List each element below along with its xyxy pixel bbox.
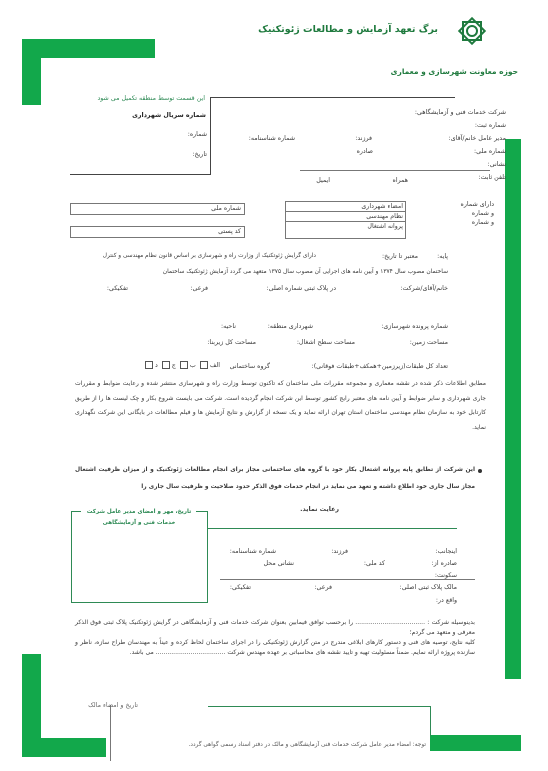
form-title: برگ تعهد آزمایش و مطالعات ژئوتکنیک	[258, 24, 438, 35]
stamp-box-top-right	[196, 511, 207, 512]
frame-bar-right	[505, 139, 521, 679]
grade-label: پایه:	[437, 252, 448, 261]
owner-id-label: شماره شناسنامه:	[230, 547, 276, 556]
group-b-label: ب	[190, 362, 196, 369]
stamp-box-title: تاریخ، مهر و امضای مدیر عامل شرکت خدمات …	[84, 507, 194, 529]
municipality-box-bottom	[70, 174, 211, 175]
municipality-box-top	[210, 97, 455, 98]
footer-left-rule	[110, 705, 111, 761]
manager-label: مدیر عامل خانم/آقای:	[449, 134, 506, 143]
frame-bar-bottom-right	[430, 735, 521, 751]
municipality-sign-cell[interactable]: امضاء شهرداری	[286, 202, 405, 212]
national-id-field[interactable]: شماره ملی	[70, 203, 245, 215]
manager-id-label: شماره شناسنامه:	[249, 134, 295, 143]
numbers-label-2: و شماره	[472, 209, 494, 218]
owner-national-code-label: کد ملی:	[364, 559, 385, 568]
owner-plot-separate-label: تفکیکی:	[230, 583, 251, 592]
municipality-box-border	[210, 97, 211, 174]
numbers-label-3: و شماره	[472, 218, 494, 227]
numbers-label-1: دارای شماره	[461, 200, 494, 209]
frame-bar-bottom-left-h	[22, 738, 106, 757]
building-group-label: گروه ساختمانی	[230, 362, 270, 371]
email-label: ایمیل	[316, 176, 330, 185]
body-paragraph: مطابق اطلاعات ذکر شده در نقشه معماری و م…	[75, 377, 486, 435]
address-label: نشانی:	[488, 160, 506, 169]
plot-sub-label: فرعی:	[190, 284, 208, 293]
applicant-label: خانم/آقای/شرکت:	[400, 284, 448, 293]
group-c-checkbox[interactable]	[162, 361, 170, 369]
phone-label: تلفن ثابت:	[478, 173, 506, 182]
engineering-org-cell[interactable]: نظام مهندسی	[286, 212, 405, 222]
group-d-label: د	[155, 362, 158, 369]
valid-until-label: معتبر تا تاریخ:	[382, 252, 418, 261]
municipality-note: این قسمت توسط منطقه تکمیل می شود	[97, 94, 205, 103]
district-label: شهرداری منطقه:	[268, 322, 313, 331]
municipality-date-label: تاریخ:	[192, 150, 207, 159]
postal-code-field[interactable]: کد پستی	[70, 226, 245, 238]
bullet-end: رعایت نماید.	[300, 505, 339, 514]
zone-label: ناحیه:	[221, 322, 236, 331]
owner-address-label: نشانی محل	[264, 559, 295, 568]
stamp-box-top-left	[71, 511, 81, 512]
section-divider	[207, 528, 457, 529]
group-c-label: ج	[172, 362, 176, 369]
building-group-options: الف ب ج د	[143, 361, 220, 370]
owner-sign-line-vertical	[430, 706, 431, 736]
total-area-label: مساحت کل زیربنا:	[207, 338, 256, 347]
mobile-label: همراه	[393, 176, 408, 185]
owner-located-label: واقع در:	[436, 596, 457, 605]
logo-star-icon	[455, 14, 489, 48]
numbers-table: امضاء شهرداری نظام مهندسی پروانه اشتغال	[285, 201, 406, 239]
owner-issued-label: صادره از:	[432, 559, 457, 568]
owner-father-label: فرزند:	[331, 547, 348, 556]
body-line-1: دارای گرایش ژئوتکنیک از وزارت راه و شهرس…	[103, 252, 316, 261]
municipality-logo	[455, 14, 489, 48]
reg-number-label: شماره ثبت:	[475, 121, 506, 130]
frame-bar-top-left	[22, 39, 155, 58]
municipality-number-label: شماره:	[188, 130, 207, 139]
footer-note: توجه: امضاء مدیر عامل شرکت خدمات فنی آزم…	[189, 741, 426, 750]
commitment-paragraph-1: بدینوسیله شرکت : .......................…	[75, 618, 475, 638]
body-line-2: ساختمان مصوب سال ۱۳۷۴ و آیین نامه های اج…	[163, 268, 448, 277]
address-line	[300, 170, 490, 171]
plot-separate-label: تفکیکی:	[107, 284, 128, 293]
plot-main-label: در پلاک ثبتی شماره اصلی:	[266, 284, 336, 293]
group-d-checkbox[interactable]	[145, 361, 153, 369]
residence-line	[220, 579, 475, 580]
owner-plot-label: مالک پلاک ثبتی اصلی:	[400, 583, 457, 592]
bullet-paragraph: این شرکت از تطابق پایه پروانه اشتغال بکا…	[75, 462, 475, 496]
owner-sign-label: تاریخ و امضاء مالک	[88, 701, 138, 710]
form-subtitle: حوزه معاونت شهرسازی و معماری	[391, 67, 518, 76]
owner-undersigned-label: اینجانب:	[436, 547, 457, 556]
owner-plot-sub-label: فرعی:	[314, 583, 332, 592]
group-a-label: الف	[210, 362, 220, 369]
occupied-area-label: مساحت سطح اشغال:	[297, 338, 355, 347]
owner-sign-line	[208, 706, 431, 707]
file-number-label: شماره پرونده شهرسازی:	[381, 322, 448, 331]
license-cell[interactable]: پروانه اشتغال	[286, 222, 405, 231]
group-b-checkbox[interactable]	[180, 361, 188, 369]
bullet-icon	[478, 469, 482, 473]
group-a-checkbox[interactable]	[200, 361, 208, 369]
commitment-paragraph-2: کلیه نتایج، توصیه های فنی و دستور کارهای…	[75, 638, 475, 658]
issued-label: صادره	[357, 147, 373, 156]
municipality-serial-heading: شماره سریال شهرداری	[132, 112, 206, 119]
floors-label: تعداد کل طبقات(زیرزمین+همکف+طبقات فوقانی…	[312, 362, 448, 371]
company-label: شرکت خدمات فنی و آزمایشگاهی:	[415, 108, 506, 117]
frame-bar-left	[22, 39, 41, 105]
manager-father-label: فرزند:	[355, 134, 372, 143]
national-id-label: شماره ملی:	[474, 147, 506, 156]
land-area-label: مساحت زمین:	[410, 338, 448, 347]
